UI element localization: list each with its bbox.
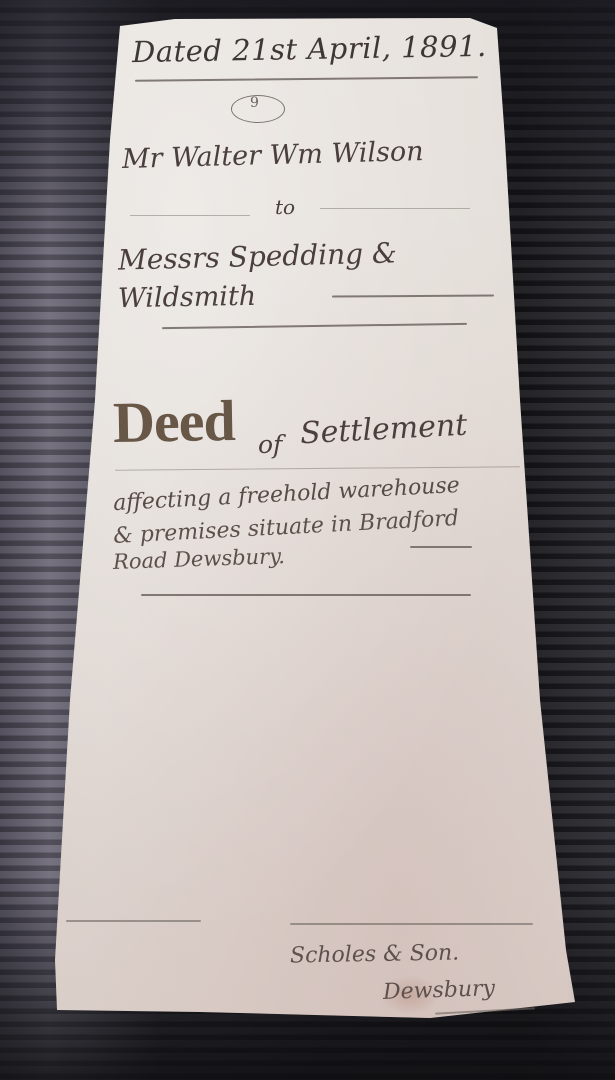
description-end-rule [410,546,472,548]
deed-title-of: of [258,430,282,459]
solicitor-name: Scholes & Son. [290,941,460,969]
dated-line: Dated 21st April, 1891. [132,29,487,69]
party-to-line-2: Wildsmith [118,281,257,314]
bottom-rule-left [66,920,201,922]
party-guide-line [130,215,250,216]
reference-number: 9 [250,95,259,111]
deed-gothic-title: Deed [112,387,235,456]
solicitor-town: Dewsbury [383,976,496,1005]
party-connector-to: to [275,195,295,219]
bottom-rule-right [290,923,533,925]
description-separator-rule [141,594,471,596]
party-guide-line-right [320,208,470,209]
